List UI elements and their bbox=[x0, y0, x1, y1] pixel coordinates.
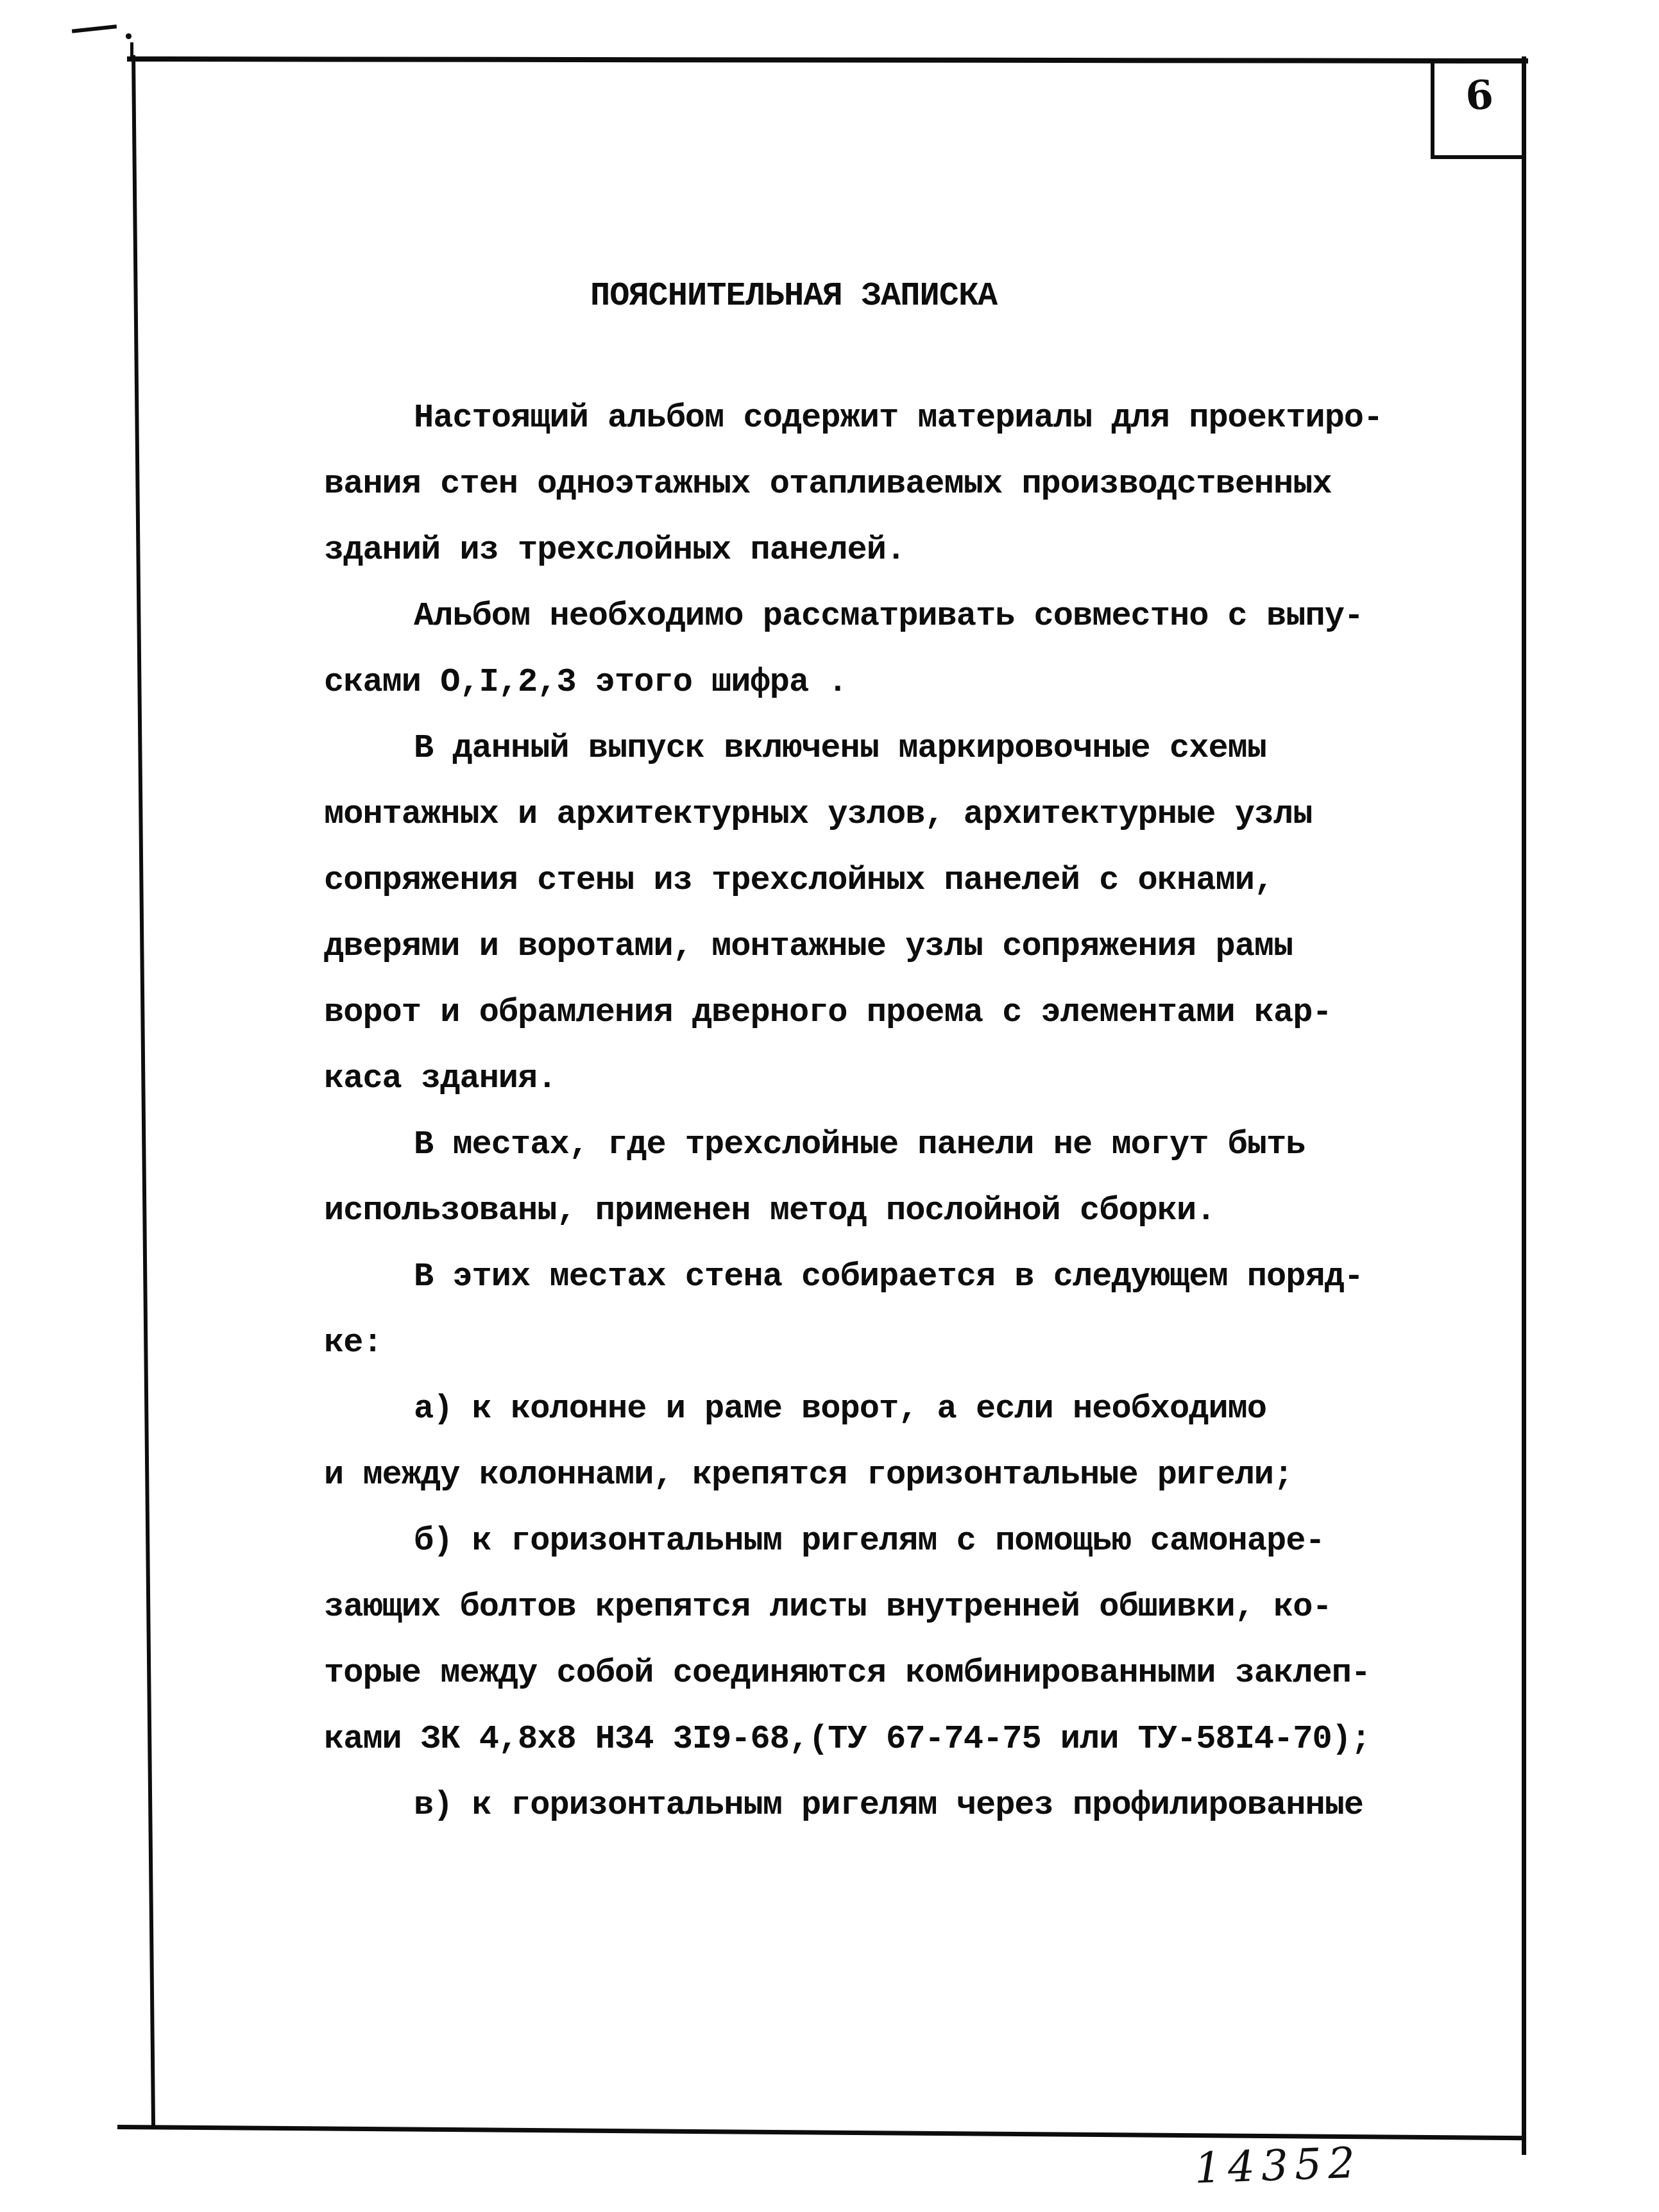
text-line: зающих болтов крепятся листы внутренней … bbox=[324, 1574, 1453, 1640]
text-line: торые между собой соединяются комбиниров… bbox=[324, 1640, 1453, 1706]
frame-right-border bbox=[1522, 56, 1526, 2155]
text-line: Альбом необходимо рассматривать совместн… bbox=[324, 583, 1453, 649]
text-line: сками О,I,2,3 этого шифра . bbox=[324, 649, 1453, 715]
text-line: а) к колонне и раме ворот, а если необхо… bbox=[324, 1376, 1453, 1442]
page-number-box-bottom-border bbox=[1431, 155, 1526, 159]
text-line: в) к горизонтальным ригелям через профил… bbox=[324, 1772, 1453, 1838]
text-line: ворот и обрамления дверного проема с эле… bbox=[324, 979, 1453, 1045]
text-line: ками ЗК 4,8х8 Н34 3I9-68,(ТУ 67-74-75 ил… bbox=[324, 1706, 1453, 1772]
frame-left-border bbox=[132, 55, 155, 2128]
text-line: б) к горизонтальным ригелям с помощью са… bbox=[324, 1508, 1453, 1574]
text-line: сопряжения стены из трехслойных панелей … bbox=[324, 847, 1453, 913]
text-line: вания стен одноэтажных отапливаемых прои… bbox=[324, 451, 1453, 517]
handwritten-archive-number: 14352 bbox=[1194, 2138, 1362, 2193]
scanned-document-page: 6 ПОЯСНИТЕЛЬНАЯ ЗАПИСКА Настоящий альбом… bbox=[0, 0, 1659, 2212]
text-line: зданий из трехслойных панелей. bbox=[324, 517, 1453, 583]
text-line: ке: bbox=[324, 1310, 1453, 1376]
text-line: каса здания. bbox=[324, 1045, 1453, 1111]
text-line: В этих местах стена собирается в следующ… bbox=[324, 1244, 1453, 1310]
text-line: Настоящий альбом содержит материалы для … bbox=[324, 385, 1453, 451]
page-number: 6 bbox=[1447, 70, 1512, 121]
scan-artifact bbox=[126, 33, 132, 39]
text-line: В местах, где трехслойные панели не могу… bbox=[324, 1111, 1453, 1178]
document-text: Настоящий альбом содержит материалы для … bbox=[324, 385, 1453, 1838]
page-number-box-left-border bbox=[1431, 60, 1434, 158]
text-line: монтажных и архитектурных узлов, архитек… bbox=[324, 781, 1453, 847]
scan-artifact bbox=[72, 24, 117, 33]
frame-top-border bbox=[127, 56, 1528, 63]
text-line: дверями и воротами, монтажные узлы сопря… bbox=[324, 913, 1453, 979]
text-line: В данный выпуск включены маркировочные с… bbox=[324, 715, 1453, 781]
frame-bottom-border bbox=[117, 2125, 1526, 2140]
text-line: использованы, применен метод послойной с… bbox=[324, 1178, 1453, 1244]
document-title: ПОЯСНИТЕЛЬНАЯ ЗАПИСКА bbox=[590, 277, 997, 315]
text-line: и между колоннами, крепятся горизонтальн… bbox=[324, 1442, 1453, 1508]
